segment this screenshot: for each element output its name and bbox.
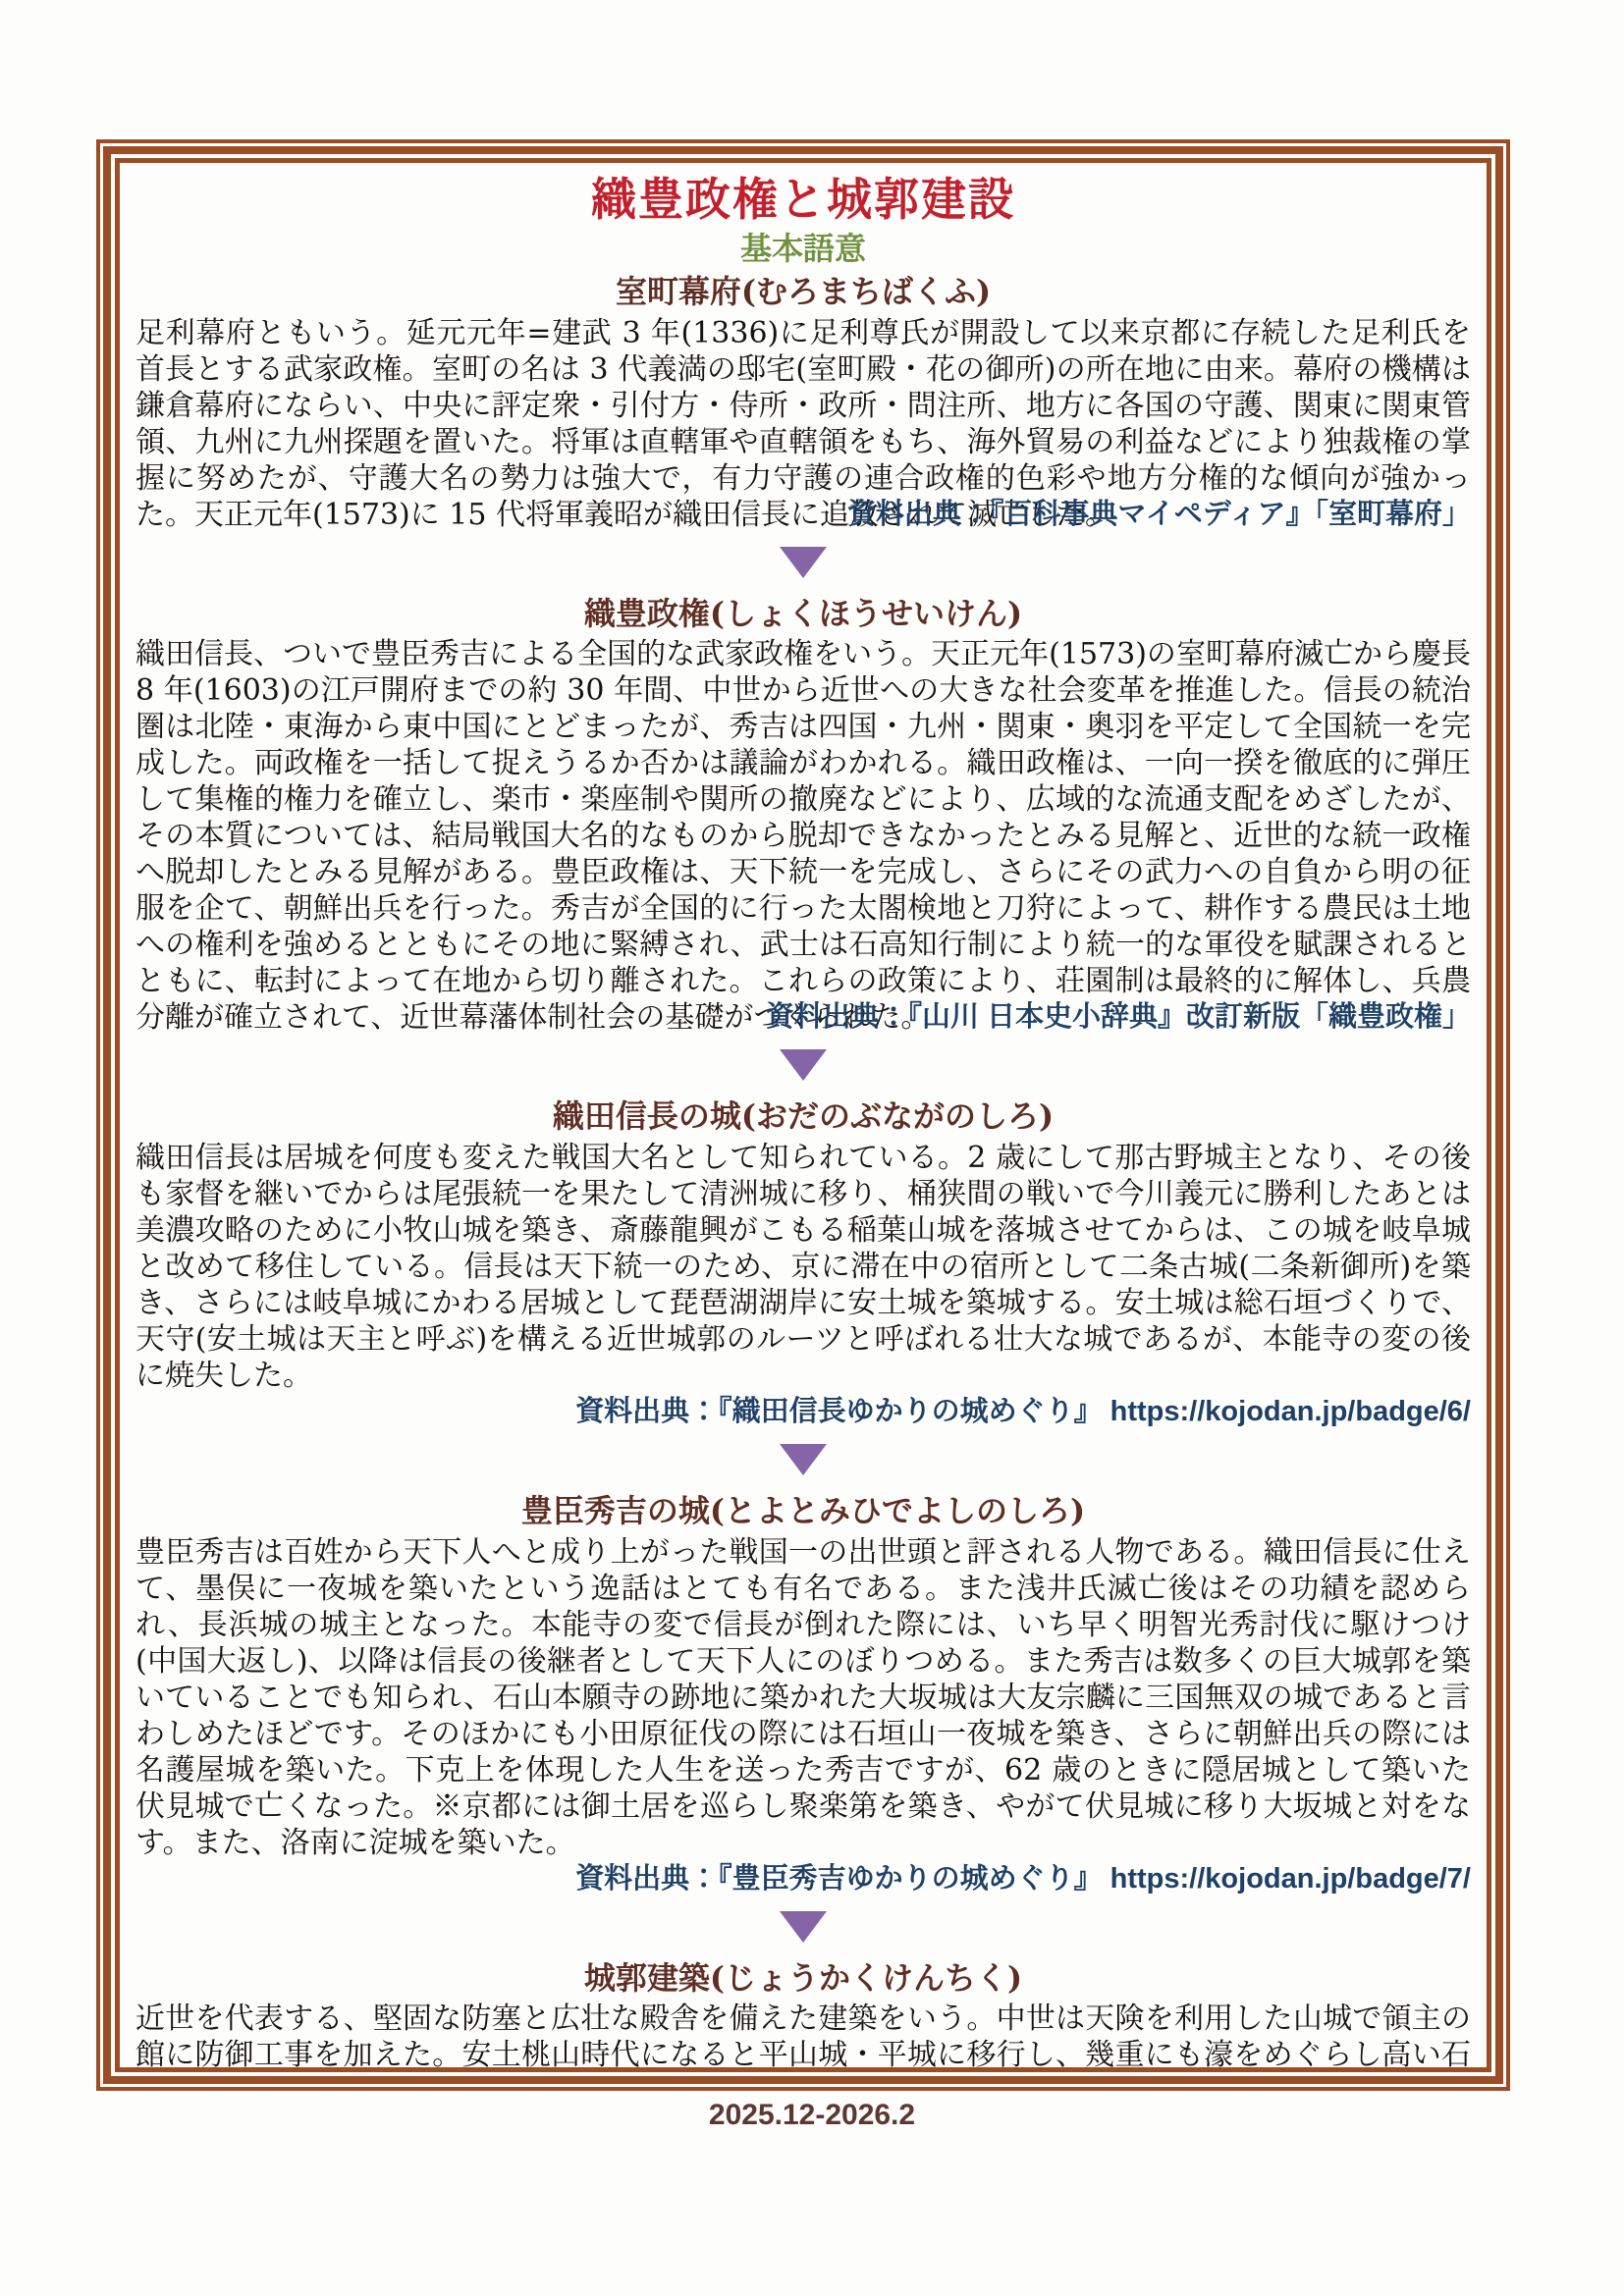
- section-separator: [135, 533, 1471, 590]
- section-castle-architecture: 城郭建築(じょうかくけんちく) 近世を代表する、堅固な防塞と広壮な殿舎を備えた建…: [135, 1958, 1471, 2072]
- section-hideyoshi-castles: 豊臣秀吉の城(とよとみひでよしのしろ) 豊臣秀吉は百姓から天下人へと成り上がった…: [135, 1491, 1471, 1897]
- section-separator: [135, 1430, 1471, 1487]
- section-heading: 豊臣秀吉の城(とよとみひでよしのしろ): [135, 1491, 1471, 1532]
- section-body: 豊臣秀吉は百姓から天下人へと成り上がった戦国一の出世頭と評される人物である。織田…: [135, 1534, 1471, 1861]
- down-arrow-icon: [780, 1911, 827, 1943]
- page-title: 織豊政権と城郭建設: [135, 173, 1471, 227]
- section-body: 近世を代表する、堅固な防塞と広壮な殿舎を備えた建築をいう。中世は天険を利用した山…: [135, 2001, 1471, 2072]
- down-arrow-icon: [780, 547, 827, 578]
- section-separator: [135, 1897, 1471, 1954]
- source-citation: 資料出典：『豊臣秀吉ゆかりの城めぐり』 https://kojodan.jp/b…: [135, 1861, 1471, 1897]
- section-heading: 織豊政権(しょくほうせいけん): [135, 594, 1471, 635]
- source-citation: 資料出典：『織田信長ゆかりの城めぐり』 https://kojodan.jp/b…: [135, 1394, 1471, 1430]
- down-arrow-icon: [780, 1049, 827, 1081]
- document-content-area: 織豊政権と城郭建設 基本語意 室町幕府(むろまちばくふ) 足利幕府ともいう。延元…: [115, 158, 1491, 2072]
- down-arrow-icon: [780, 1444, 827, 1475]
- section-body: 織田信長、ついで豊臣秀吉による全国的な武家政権をいう。天正元年(1573)の室町…: [135, 636, 1471, 1036]
- section-nobunaga-castles: 織田信長の城(おだのぶながのしろ) 織田信長は居城を何度も変えた戦国大名として知…: [135, 1096, 1471, 1430]
- decorative-frame: 織豊政権と城郭建設 基本語意 室町幕府(むろまちばくふ) 足利幕府ともいう。延元…: [96, 139, 1510, 2091]
- section-body: 織田信長は居城を何度も変えた戦国大名として知られている。2 歳にして那古野城主と…: [135, 1140, 1471, 1394]
- section-shokuho-seiken: 織豊政権(しょくほうせいけん) 織田信長、ついで豊臣秀吉による全国的な武家政権を…: [135, 594, 1471, 1037]
- page-subtitle: 基本語意: [135, 229, 1471, 268]
- section-heading: 室町幕府(むろまちばくふ): [135, 272, 1471, 313]
- section-heading: 織田信長の城(おだのぶながのしろ): [135, 1096, 1471, 1138]
- footer-date: 2025.12-2026.2: [0, 2099, 1624, 2132]
- section-muromachi-bakufu: 室町幕府(むろまちばくふ) 足利幕府ともいう。延元元年=建武 3 年(1336)…: [135, 272, 1471, 533]
- section-separator: [135, 1036, 1471, 1093]
- section-heading: 城郭建築(じょうかくけんちく): [135, 1958, 1471, 2000]
- decorative-frame-middle-line: 織豊政権と城郭建設 基本語意 室町幕府(むろまちばくふ) 足利幕府ともいう。延元…: [103, 146, 1503, 2084]
